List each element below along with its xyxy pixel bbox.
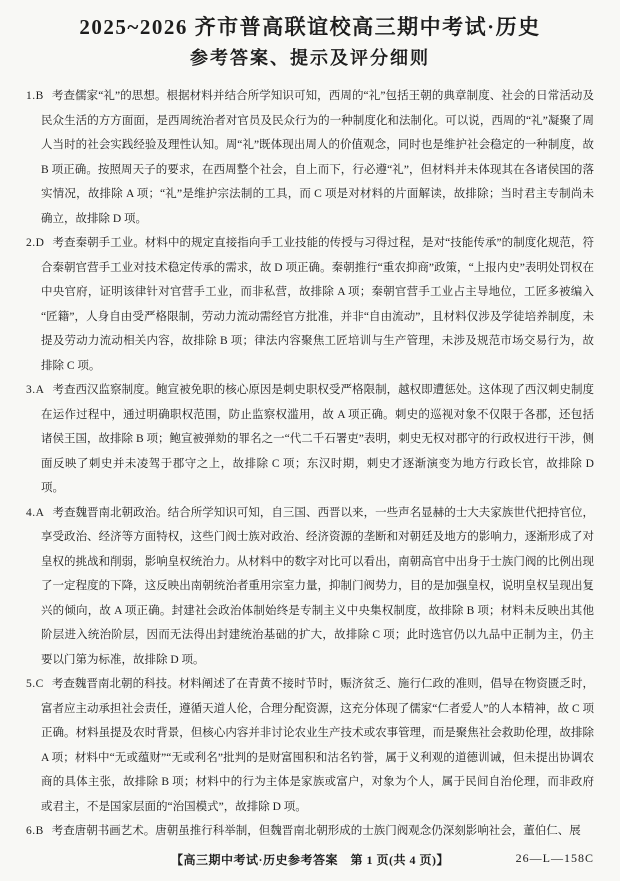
answer-text: 考查西汉监察制度。鲍宣被免职的核心原因是刺史职权受严格限制，越权即遭惩处。这体现… bbox=[41, 384, 594, 494]
answer-item-4: 4.A考查魏晋南北朝政治。结合所学知识可知，自三国、西晋以来，一些声名显赫的士大… bbox=[26, 501, 594, 673]
document-subtitle: 参考答案、提示及评分细则 bbox=[0, 45, 620, 71]
document-title: 2025~2026 齐市普高联谊校高三期中考试·历史 bbox=[0, 13, 620, 41]
answers-list: 1.B考查儒家“礼”的思想。根据材料并结合所学知识可知，西周的“礼”包括王朝的典… bbox=[0, 84, 620, 844]
answer-number: 2.D bbox=[26, 237, 44, 249]
answer-number: 1.B bbox=[26, 90, 44, 102]
answer-text: 考查魏晋南北朝政治。结合所学知识可知，自三国、西晋以来，一些声名显赫的士大夫家族… bbox=[41, 507, 594, 666]
answer-item-5: 5.C考查魏晋南北朝的科技。材料阐述了在青黄不接时节时，赈济贫乏、施行仁政的准则… bbox=[26, 672, 594, 819]
answer-text: 考查秦朝手工业。材料中的规定直接指向手工业技能的传授与习得过程，是对“技能传承”… bbox=[41, 237, 594, 372]
footer-paper-code: 26—L—158C bbox=[516, 851, 594, 866]
exam-answer-sheet-page: 2025~2026 齐市普高联谊校高三期中考试·历史 参考答案、提示及评分细则 … bbox=[0, 0, 620, 881]
answer-text: 考查唐朝书画艺术。唐朝虽推行科举制，但魏晋南北朝形成的士族门阀观念仍深刻影响社会… bbox=[52, 825, 581, 837]
answer-number: 6.B bbox=[26, 825, 44, 837]
answer-text: 考查儒家“礼”的思想。根据材料并结合所学知识可知，西周的“礼”包括王朝的典章制度… bbox=[41, 90, 594, 225]
answer-number: 5.C bbox=[26, 678, 44, 690]
answer-item-1: 1.B考查儒家“礼”的思想。根据材料并结合所学知识可知，西周的“礼”包括王朝的典… bbox=[26, 84, 594, 231]
page-footer: 【高三期中考试·历史参考答案 第 1 页(共 4 页)】 26—L—158C bbox=[0, 851, 620, 871]
answer-number: 3.A bbox=[26, 384, 44, 396]
answer-item-6: 6.B考查唐朝书画艺术。唐朝虽推行科举制，但魏晋南北朝形成的士族门阀观念仍深刻影… bbox=[26, 819, 594, 844]
answer-item-3: 3.A考查西汉监察制度。鲍宣被免职的核心原因是刺史职权受严格限制，越权即遭惩处。… bbox=[26, 378, 594, 501]
answer-item-2: 2.D考查秦朝手工业。材料中的规定直接指向手工业技能的传授与习得过程，是对“技能… bbox=[26, 231, 594, 378]
title-block: 2025~2026 齐市普高联谊校高三期中考试·历史 参考答案、提示及评分细则 bbox=[0, 0, 620, 71]
answer-text: 考查魏晋南北朝的科技。材料阐述了在青黄不接时节时，赈济贫乏、施行仁政的准则，倡导… bbox=[41, 678, 594, 813]
answer-number: 4.A bbox=[26, 507, 44, 519]
